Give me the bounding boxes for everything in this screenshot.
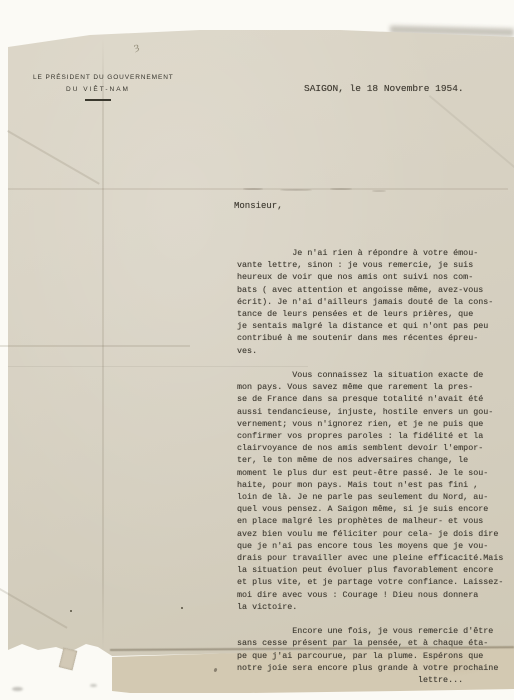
letter-line: ter, le ton même de nos adversaires chan…: [237, 454, 509, 466]
letter-line: confirmer vos propres paroles : la fidél…: [237, 430, 509, 442]
letter-line: Vous connaissez la situation exacte de: [237, 369, 509, 381]
date-line: SAIGON, le 18 Novembre 1954.: [304, 83, 464, 94]
letter-line: haite, pour mon pays. Mais tout n'est pa…: [237, 479, 509, 491]
letter-line: moi dire avec vous : Courage ! Dieu nous…: [237, 589, 509, 601]
letterhead: LE PRÉSIDENT DU GOUVERNEMENT DU VIÊT-NAM: [33, 74, 163, 101]
pencil-mark: ȝ: [133, 42, 140, 54]
letter-line: moment le plus dur est peut-être passé. …: [237, 467, 509, 479]
letter-line: lettre...: [237, 674, 509, 686]
letter-line: drais pour travailler avec une pleine ef…: [237, 552, 509, 564]
letter-line: Encore une fois, je vous remercie d'être: [237, 625, 509, 637]
letter-line: Je n'ai rien à répondre à votre émou-: [237, 247, 509, 259]
letter-line: contribué à me soutenir dans mes récente…: [237, 332, 509, 344]
letter-line: se de France dans sa presque totalité n'…: [237, 393, 509, 405]
letterhead-subtitle: DU VIÊT-NAM: [33, 86, 163, 93]
letter-line: mon pays. Vous savez même que rarement l…: [237, 381, 509, 393]
letter-line: et plus vite, et je partage votre confia…: [237, 576, 509, 588]
letter-line: vernement; vous n'ignorez rien, et je ne…: [237, 418, 509, 430]
letter-line: la victoire.: [237, 601, 509, 613]
paragraph: Vous connaissez la situation exacte demo…: [237, 369, 509, 613]
letter-line: sans cesse présent par la pensée, et à c…: [237, 637, 509, 649]
letter-line: heureux de voir que nos amis ont suivi n…: [237, 271, 509, 283]
letterhead-rule: [85, 99, 111, 101]
paragraph: Encore une fois, je vous remercie d'être…: [237, 625, 509, 686]
letter-line: loin de là. Je ne parle pas seulement du…: [237, 491, 509, 503]
letter-line: la situation peut évoluer plus favorable…: [237, 564, 509, 576]
letterhead-title: LE PRÉSIDENT DU GOUVERNEMENT: [33, 74, 163, 81]
letter-line: je sentais malgré la distance et qui n'o…: [237, 320, 509, 332]
letter-line: en place malgré les prophètes de malheur…: [237, 515, 509, 527]
letter-line: écrit). Je n'ai d'ailleurs jamais douté …: [237, 296, 509, 308]
letter-line: notre joie sera encore plus grande à vot…: [237, 662, 509, 674]
letter-line: bats ( avec attention et angoisse même, …: [237, 284, 509, 296]
letter-line: que je n'ai pas encore tous les moyens q…: [237, 540, 509, 552]
letter-body: Je n'ai rien à répondre à votre émou-van…: [237, 247, 509, 686]
letter-line: aussi tendancieuse, injuste, hostile env…: [237, 406, 509, 418]
letter-content: LE PRÉSIDENT DU GOUVERNEMENT DU VIÊT-NAM…: [0, 0, 514, 700]
salutation: Monsieur,: [234, 201, 283, 211]
letter-line: pe que j'ai parcourue, par la plume. Esp…: [237, 650, 509, 662]
letter-line: vante lettre, sinon : je vous remercie, …: [237, 259, 509, 271]
letter-line: clairvoyance de nos amis semblent devoir…: [237, 442, 509, 454]
scanned-letter: LE PRÉSIDENT DU GOUVERNEMENT DU VIÊT-NAM…: [0, 0, 514, 700]
letter-line: tance de leurs pensées et de leurs prièr…: [237, 308, 509, 320]
letter-line: ves.: [237, 345, 509, 357]
letter-line: avez bien voulu me féliciter pour cela- …: [237, 528, 509, 540]
paragraph: Je n'ai rien à répondre à votre émou-van…: [237, 247, 509, 357]
letter-line: quel vous pensez. A Saigon même, si je s…: [237, 503, 509, 515]
